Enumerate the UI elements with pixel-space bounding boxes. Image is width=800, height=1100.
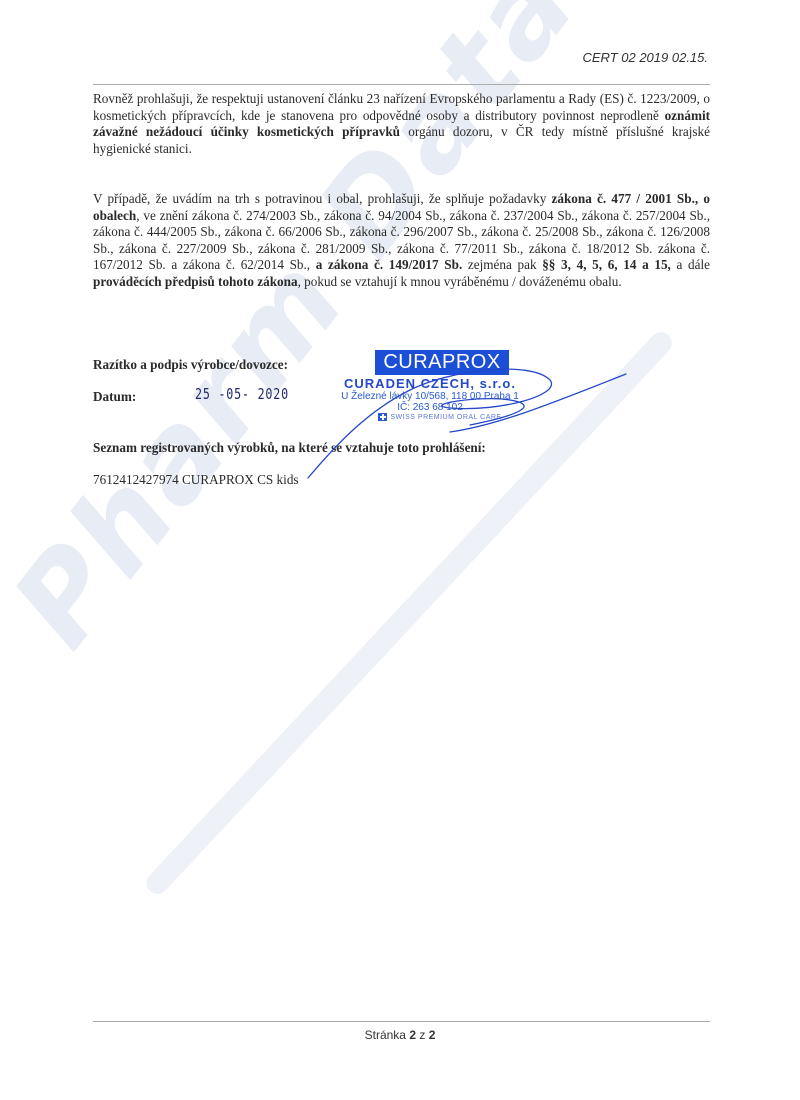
text: Rovněž prohlašuji, že respektuji ustanov… [93,91,710,123]
document-body: Rovněž prohlašuji, že respektuji ustanov… [93,91,710,290]
footer-divider [93,1021,710,1022]
text: zejména pak [462,257,542,272]
text: a dále [671,257,710,272]
document-code: CERT 02 2019 02.15. [582,50,708,65]
text: V případě, že uvádím na trh s potravinou… [93,191,552,206]
date-label: Datum: [93,389,136,405]
header-divider [93,84,710,85]
page-current: 2 [409,1028,416,1042]
page-total: 2 [429,1028,436,1042]
date-value: 25 -05- 2020 [195,385,289,403]
paragraph-packaging-declaration: V případě, že uvádím na trh s potravinou… [93,191,710,290]
stamp-signature-label: Razítko a podpis výrobce/dovozce: [93,357,288,373]
emphasis: a zákona č. 149/2017 Sb. [316,257,462,272]
emphasis: prováděcích předpisů tohoto zákona [93,274,298,289]
product-list-item: 7612412427974 CURAPROX CS kids [93,472,299,488]
handwritten-signature [300,340,640,480]
page-number: Stránka 2 z 2 [0,1028,800,1042]
page-label: Stránka [365,1028,406,1042]
paragraph-cosmetics-declaration: Rovněž prohlašuji, že respektuji ustanov… [93,91,710,157]
emphasis: §§ 3, 4, 5, 6, 14 a 15, [542,257,671,272]
text: , pokud se vztahují k mnou vyráběnému / … [298,274,622,289]
page-separator: z [419,1028,425,1042]
